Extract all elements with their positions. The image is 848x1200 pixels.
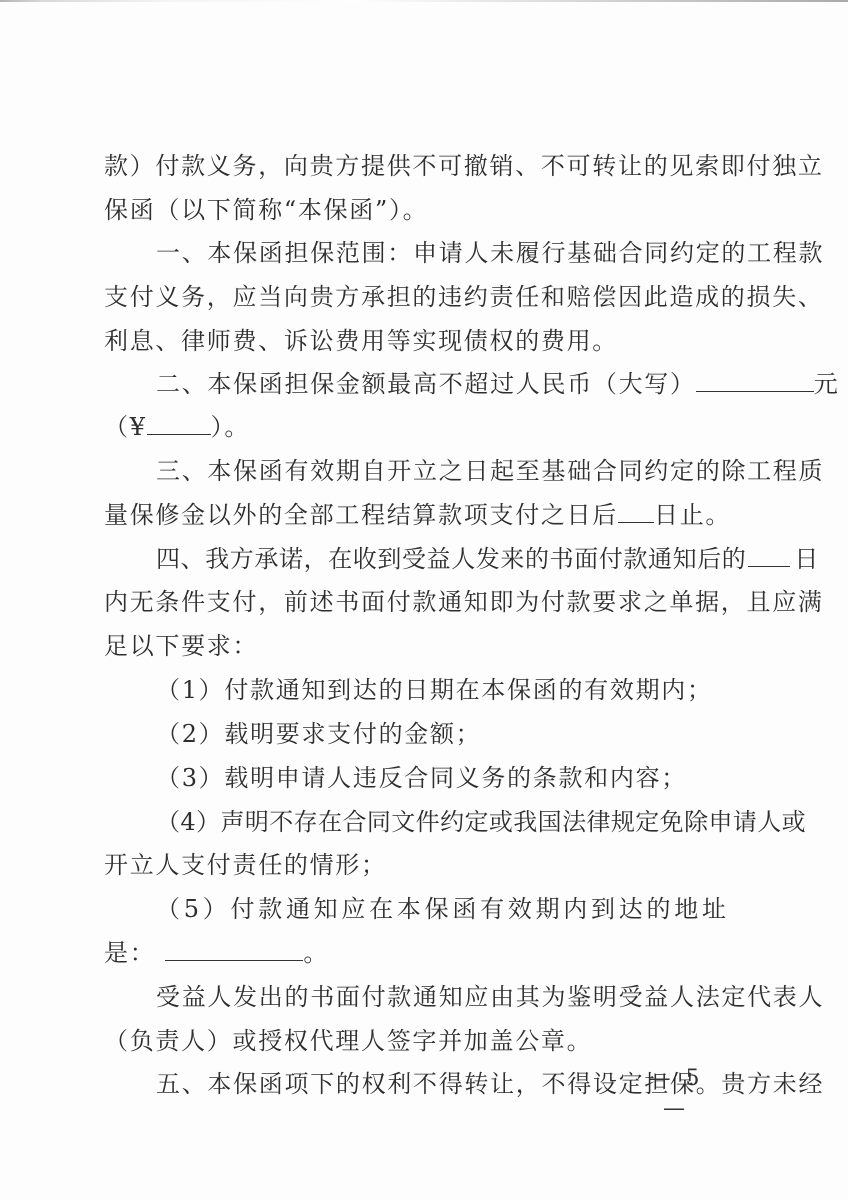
text-line: 足以下要求： bbox=[104, 631, 726, 661]
requirement-1: （1）付款通知到达的日期在本保函的有效期内； bbox=[156, 675, 726, 705]
clause-4-commitment: 四、我方承诺，在收到受益人发来的书面付款通知后的日 bbox=[156, 544, 726, 574]
address-blank[interactable] bbox=[165, 938, 303, 961]
text-line: 保函（以下简称“本保函”）。 bbox=[104, 195, 726, 225]
text-line: （负责人）或授权代理人签字并加盖公章。 bbox=[104, 1026, 726, 1056]
clause-3-validity: 三、本保函有效期自开立之日起至基础合同约定的除工程质 bbox=[156, 456, 726, 486]
text-segment: 量保修金以外的全部工程结算款项支付之日后 bbox=[104, 501, 618, 529]
amount-figures-line: （¥）。 bbox=[104, 412, 726, 442]
requirement-5: （5）付款通知应在本保函有效期内到达的地址 bbox=[156, 894, 726, 924]
signature-requirement: 受益人发出的书面付款通知应由其为鉴明受益人法定代表人 bbox=[156, 982, 726, 1012]
text-segment: 四、我方承诺，在收到受益人发来的书面付款通知后的 bbox=[156, 545, 746, 573]
requirement-4: （4）声明不存在合同文件约定或我国法律规定免除申请人或 bbox=[156, 807, 726, 837]
text-line: 款）付款义务，向贵方提供不可撤销、不可转让的见索即付独立 bbox=[104, 151, 726, 181]
text-segment: （¥ bbox=[104, 413, 147, 441]
text-line: 支付义务，应当向贵方承担的违约责任和赔偿因此造成的损失、 bbox=[104, 282, 726, 312]
amount-figures-blank[interactable] bbox=[147, 412, 211, 435]
requirement-3: （3）载明申请人违反合同义务的条款和内容； bbox=[156, 763, 726, 793]
text-line: 利息、律师费、诉讼费用等实现债权的费用。 bbox=[104, 326, 726, 356]
requirement-2: （2）载明要求支付的金额； bbox=[156, 719, 726, 749]
validity-days-blank[interactable] bbox=[618, 500, 654, 523]
text-segment: 二、本保函担保金额最高不超过人民币（大写） bbox=[156, 370, 696, 398]
amount-words-blank[interactable] bbox=[696, 369, 814, 392]
text-segment: ）。 bbox=[211, 413, 250, 441]
clause-2-amount: 二、本保函担保金额最高不超过人民币（大写）元 bbox=[156, 369, 726, 399]
text-segment: 日止。 bbox=[654, 501, 731, 529]
clause-1-heading: 一、本保函担保范围：申请人未履行基础合同约定的工程款 bbox=[156, 238, 726, 268]
address-line: 是：。 bbox=[104, 938, 726, 968]
text-segment: 。 bbox=[303, 939, 329, 967]
payment-days-blank[interactable] bbox=[748, 544, 790, 567]
text-segment: 日 bbox=[794, 545, 819, 573]
text-segment: 是： bbox=[104, 939, 155, 967]
text-line: 内无条件支付，前述书面付款通知即为付款要求之单据，且应满 bbox=[104, 587, 726, 617]
validity-days-line: 量保修金以外的全部工程结算款项支付之日后日止。 bbox=[104, 500, 726, 530]
text-segment: 元 bbox=[814, 370, 840, 398]
text-line: 开立人支付责任的情形； bbox=[104, 850, 726, 880]
page-number: — 5 — bbox=[636, 1064, 716, 1094]
document-page: 款）付款义务，向贵方提供不可撤销、不可转让的见索即付独立 保函（以下简称“本保函… bbox=[0, 0, 848, 1200]
